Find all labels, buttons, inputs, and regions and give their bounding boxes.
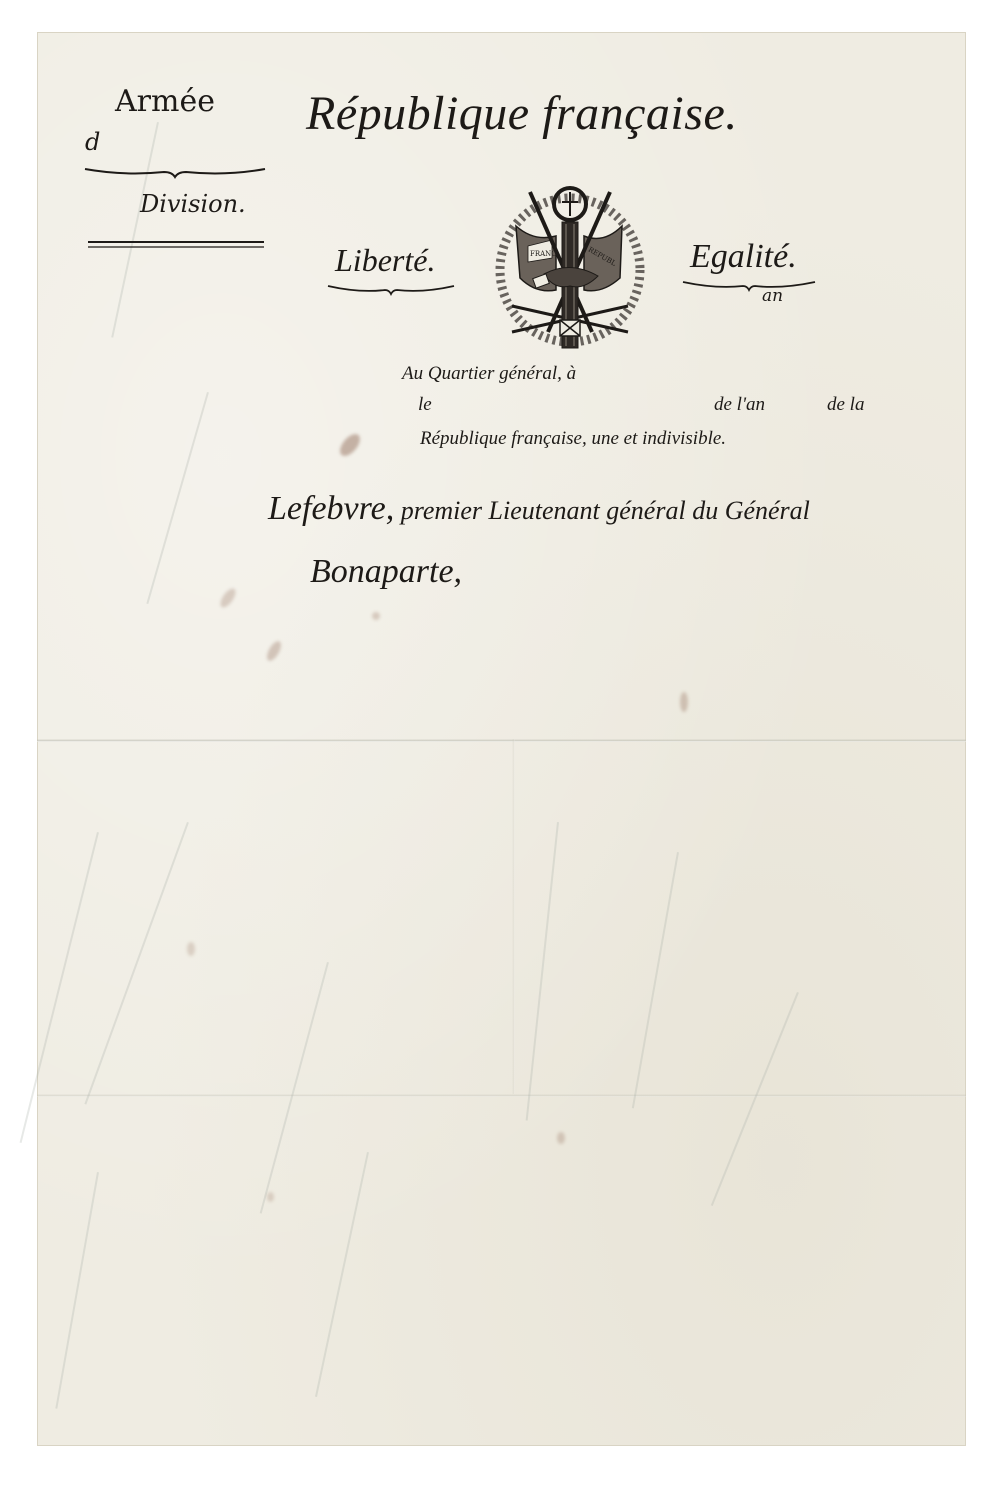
bleed-through-stroke (632, 852, 679, 1108)
armee-suffix: d (85, 128, 100, 156)
sender-line: Lefebvre, premier Lieutenant général du … (268, 490, 810, 528)
foxing-stain (680, 692, 688, 712)
sender-name: Lefebvre, (268, 490, 394, 527)
motto-liberte: Liberté. (335, 242, 435, 279)
armee-divider-brace (84, 166, 266, 180)
page-title: République française. (306, 86, 738, 141)
dateline-quartier: Au Quartier général, à (402, 363, 576, 385)
armee-label: Armée (115, 84, 215, 119)
dateline-le: le (418, 394, 432, 416)
foxing-stain (372, 612, 380, 620)
bleed-through-stroke (315, 1152, 369, 1397)
year-fragment: an (762, 286, 783, 306)
bleed-through-stroke (84, 822, 188, 1105)
bleed-through-stroke (146, 392, 209, 604)
liberte-underline-brace (327, 284, 455, 296)
fold-line-lower (37, 1094, 966, 1097)
bleed-through-stroke (55, 1172, 99, 1409)
republican-emblem-icon: FRANC. REPUBL (494, 182, 646, 354)
fold-line-middle (37, 739, 966, 742)
dateline-de-lan: de l'an (714, 394, 765, 416)
foxing-stain (557, 1132, 565, 1144)
bleed-through-stroke (526, 822, 559, 1121)
fold-line-vertical (512, 739, 515, 1094)
foxing-stain (264, 639, 284, 663)
sender-title: premier Lieutenant général du Général (394, 496, 810, 525)
foxing-stain (336, 431, 363, 460)
division-double-rule (88, 240, 264, 250)
motto-egalite: Egalité. (690, 238, 797, 276)
egalite-underline-brace (682, 280, 816, 292)
bleed-through-stroke (111, 122, 159, 338)
foxing-stain (218, 586, 239, 610)
dateline-de-la: de la (827, 394, 864, 416)
foxing-stain (187, 942, 195, 956)
foxing-stain (267, 1192, 274, 1202)
bleed-through-stroke (711, 992, 799, 1206)
recipient-line: Bonaparte, (310, 553, 462, 591)
division-label: Division. (140, 190, 246, 218)
bleed-through-stroke (260, 962, 329, 1214)
dateline-republique: République française, une et indivisible… (420, 428, 726, 450)
